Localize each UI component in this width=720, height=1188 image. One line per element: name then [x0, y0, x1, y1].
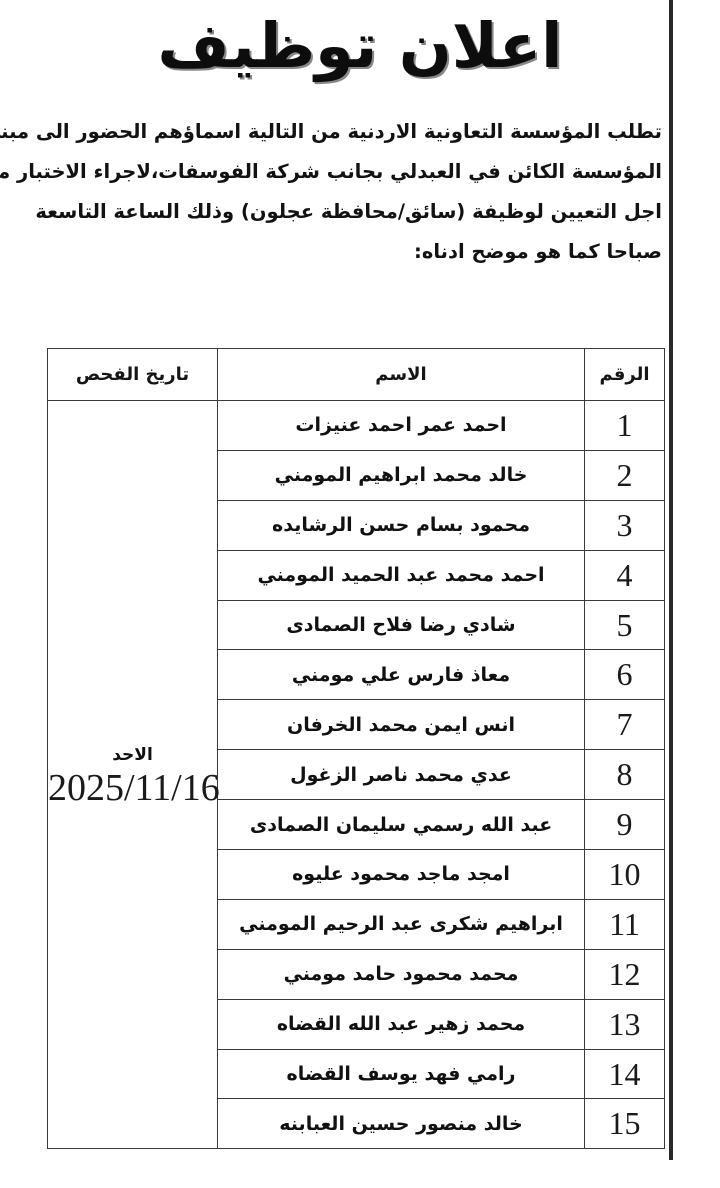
- intro-line: اجل التعيين لوظيفة (سائق/محافظة عجلون) و…: [40, 192, 662, 232]
- intro-line: المؤسسة الكائن في العبدلي بجانب شركة الف…: [40, 152, 662, 192]
- row-name: احمد محمد عبد الحميد المومني: [218, 550, 585, 600]
- row-name: محمد محمود حامد مومني: [218, 949, 585, 999]
- announcement-intro: تطلب المؤسسة التعاونية الاردنية من التال…: [40, 112, 662, 272]
- row-name: خالد منصور حسين العبابنه: [218, 1099, 585, 1149]
- row-name: معاذ فارس علي مومني: [218, 650, 585, 700]
- exam-day: الاحد: [48, 742, 217, 768]
- row-name: انس ايمن محمد الخرفان: [218, 700, 585, 750]
- row-name: امجد ماجد محمود عليوه: [218, 850, 585, 900]
- header-name: الاسم: [218, 349, 585, 401]
- row-name: احمد عمر احمد عنيزات: [218, 401, 585, 451]
- row-number: 7: [585, 700, 665, 750]
- table-row: 1 احمد عمر احمد عنيزات الاحد 2025/11/16: [48, 401, 665, 451]
- header-exam-date: تاريخ الفحص: [48, 349, 218, 401]
- row-number: 6: [585, 650, 665, 700]
- row-number: 14: [585, 1049, 665, 1099]
- row-name: ابراهيم شكرى عبد الرحيم المومني: [218, 899, 585, 949]
- row-number: 3: [585, 500, 665, 550]
- row-number: 12: [585, 949, 665, 999]
- intro-line: صباحا كما هو موضح ادناه:: [40, 232, 662, 272]
- row-number: 5: [585, 600, 665, 650]
- header-number: الرقم: [585, 349, 665, 401]
- row-number: 4: [585, 550, 665, 600]
- row-name: شادي رضا فلاح الصمادى: [218, 600, 585, 650]
- row-name: عدي محمد ناصر الزغول: [218, 750, 585, 800]
- row-number: 9: [585, 800, 665, 850]
- row-name: خالد محمد ابراهيم المومني: [218, 450, 585, 500]
- row-number: 8: [585, 750, 665, 800]
- announcement-title: اعلان توظيف: [0, 6, 720, 86]
- exam-date: 2025/11/16: [48, 768, 217, 808]
- exam-date-cell: الاحد 2025/11/16: [48, 401, 218, 1149]
- row-name: محمود بسام حسن الرشايده: [218, 500, 585, 550]
- row-number: 1: [585, 401, 665, 451]
- candidates-table: الرقم الاسم تاريخ الفحص 1 احمد عمر احمد …: [47, 348, 665, 1149]
- row-number: 15: [585, 1099, 665, 1149]
- intro-line: تطلب المؤسسة التعاونية الاردنية من التال…: [40, 112, 662, 152]
- row-number: 2: [585, 450, 665, 500]
- row-name: رامي فهد يوسف القضاه: [218, 1049, 585, 1099]
- row-name: محمد زهير عبد الله القضاه: [218, 999, 585, 1049]
- page-border-rule: [669, 0, 673, 1160]
- row-number: 11: [585, 899, 665, 949]
- row-number: 10: [585, 850, 665, 900]
- table-header-row: الرقم الاسم تاريخ الفحص: [48, 349, 665, 401]
- row-name: عبد الله رسمي سليمان الصمادى: [218, 800, 585, 850]
- row-number: 13: [585, 999, 665, 1049]
